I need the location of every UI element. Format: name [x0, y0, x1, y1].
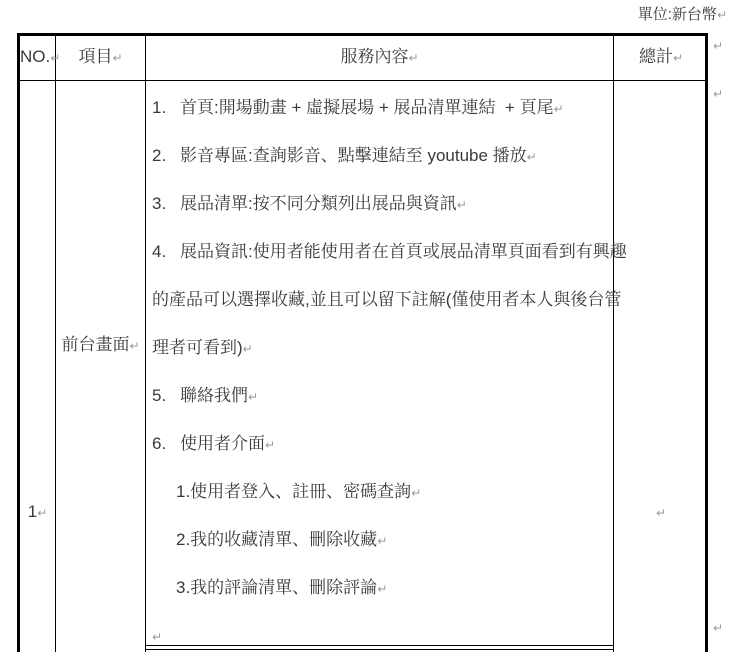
list-number: 6.: [152, 420, 180, 468]
row-end-mark: ↵: [713, 84, 723, 104]
unit-note-text: 單位:新台幣: [638, 6, 717, 23]
service-line: 1.使用者登入、註冊、密碼查詢↵: [176, 468, 612, 516]
item-name: 前台畫面: [61, 335, 129, 354]
header-cell-item: 項目↵: [56, 33, 145, 80]
unit-note: 單位:新台幣↵: [638, 3, 727, 24]
service-line: 3.我的評論清單、刪除評論↵: [176, 564, 612, 612]
header-cell-no: NO.↵: [20, 33, 55, 80]
paragraph-mark-icon: ↵: [129, 339, 139, 353]
service-line-text: 首頁:開場動畫 + 虛擬展場 + 展品清單連結 + 頁尾: [180, 98, 554, 117]
document-page: { "page": { "unit_note": "單位:新台幣", "para…: [0, 0, 732, 652]
service-line-text: 使用者介面: [180, 434, 265, 453]
service-line-text: 聯絡我們: [180, 386, 248, 405]
paragraph-mark-icon: ↵: [713, 39, 723, 53]
paragraph-mark-icon: ↵: [411, 486, 421, 500]
paragraph-mark-icon: ↵: [554, 102, 564, 116]
paragraph-mark-icon: ↵: [152, 630, 162, 644]
header-content-label: 服務內容: [340, 47, 408, 66]
paragraph-mark-icon: ↵: [243, 342, 253, 356]
service-line: 6.使用者介面↵: [152, 420, 612, 468]
paragraph-mark-icon: ↵: [248, 390, 258, 404]
header-item-label: 項目: [78, 47, 112, 66]
header-no-label: NO.: [20, 47, 50, 66]
service-line: 理者可看到)↵: [152, 324, 612, 372]
row-end-mark: ↵: [713, 618, 723, 638]
paragraph-mark-icon: ↵: [713, 87, 723, 101]
service-line: 2.影音專區:查詢影音、點擊連結至 youtube 播放↵: [152, 132, 612, 180]
table-column-border: [613, 36, 614, 652]
service-line: 3.展品清單:按不同分類列出展品與資訊↵: [152, 180, 612, 228]
paragraph-mark-icon: ↵: [717, 8, 727, 22]
row-number-cell: 1↵: [20, 499, 55, 525]
paragraph-mark-icon: ↵: [377, 534, 387, 548]
paragraph-mark-icon: ↵: [527, 150, 537, 164]
paragraph-mark-icon: ↵: [112, 51, 122, 65]
service-line: ↵: [152, 612, 612, 652]
list-number: 5.: [152, 372, 180, 420]
list-number: 3.: [152, 180, 180, 228]
service-line-text: 理者可看到): [152, 338, 243, 357]
list-number: 4.: [152, 228, 180, 276]
row-end-mark: ↵: [713, 36, 723, 56]
paragraph-mark-icon: ↵: [265, 438, 275, 452]
paragraph-mark-icon: ↵: [457, 198, 467, 212]
service-content-cell: 1.首頁:開場動畫 + 虛擬展場 + 展品清單連結 + 頁尾↵2.影音專區:查詢…: [152, 84, 612, 652]
paragraph-mark-icon: ↵: [377, 582, 387, 596]
service-line-text: 的產品可以選擇收藏,並且可以留下註解(僅使用者本人與後台管: [152, 290, 621, 309]
total-cell: ↵: [614, 501, 708, 525]
paragraph-mark-icon: ↵: [673, 51, 683, 65]
paragraph-mark-icon: ↵: [656, 506, 666, 520]
list-number: 2.: [152, 132, 180, 180]
paragraph-mark-icon: ↵: [713, 621, 723, 635]
header-cell-total: 總計↵: [614, 33, 708, 80]
item-name-cell: 前台畫面↵: [56, 332, 145, 358]
header-cell-content: 服務內容↵: [146, 33, 613, 80]
service-line: 的產品可以選擇收藏,並且可以留下註解(僅使用者本人與後台管↵: [152, 276, 612, 324]
header-total-label: 總計: [639, 47, 673, 66]
service-line-text: 1.使用者登入、註冊、密碼查詢: [176, 482, 411, 501]
service-line-text: 影音專區:查詢影音、點擊連結至 youtube 播放: [180, 146, 527, 165]
service-line: 4.展品資訊:使用者能使用者在首頁或展品清單頁面看到有興趣↵: [152, 228, 612, 276]
table-column-border: [145, 36, 146, 652]
table-row-border: [20, 80, 708, 81]
paragraph-mark-icon: ↵: [408, 51, 418, 65]
paragraph-mark-icon: ↵: [37, 506, 47, 520]
service-line-text: 展品清單:按不同分類列出展品與資訊: [180, 194, 457, 213]
service-line: 2.我的收藏清單、刪除收藏↵: [176, 516, 612, 564]
service-line: 1.首頁:開場動畫 + 虛擬展場 + 展品清單連結 + 頁尾↵: [152, 84, 612, 132]
service-line-text: 2.我的收藏清單、刪除收藏: [176, 530, 377, 549]
row-number: 1: [28, 502, 37, 521]
service-line-text: 展品資訊:使用者能使用者在首頁或展品清單頁面看到有興趣: [180, 242, 627, 261]
list-number: 1.: [152, 84, 180, 132]
service-line-text: 3.我的評論清單、刪除評論: [176, 578, 377, 597]
service-line: 5.聯絡我們↵: [152, 372, 612, 420]
